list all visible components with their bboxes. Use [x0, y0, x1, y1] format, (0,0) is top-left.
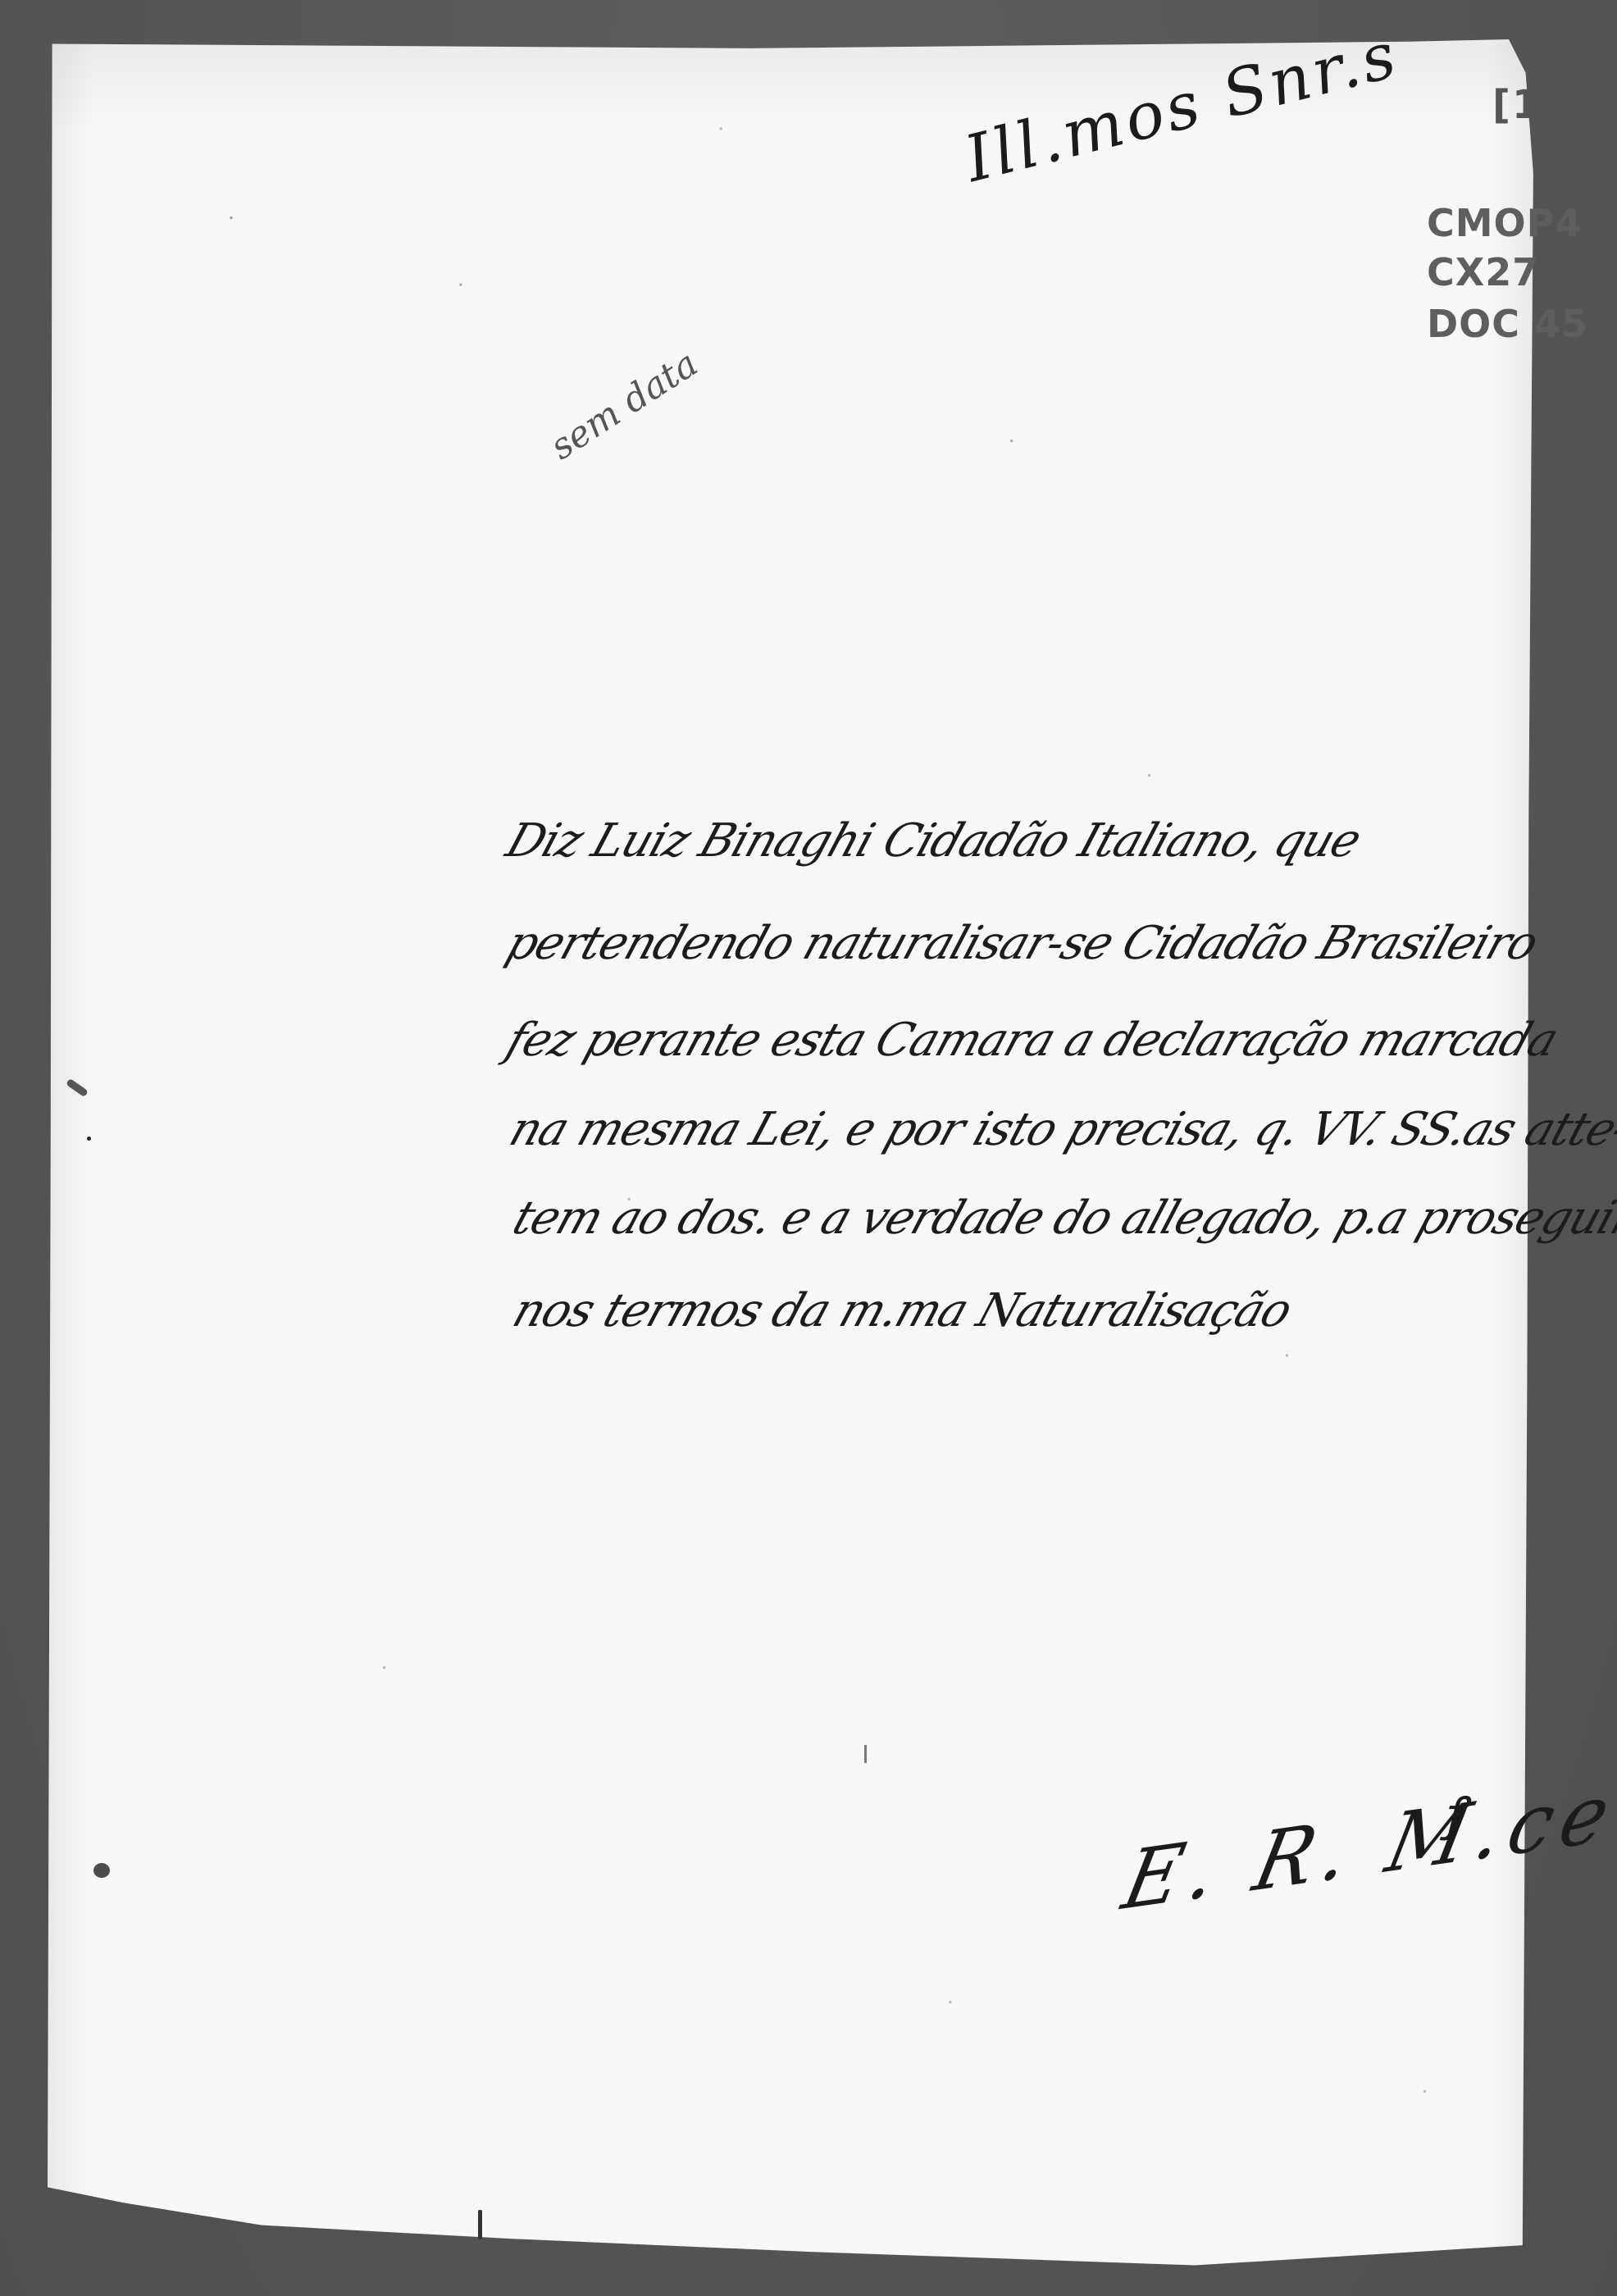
archive-reference-box: CX27 [1427, 250, 1539, 294]
archive-reference-fund: CMOP4 [1427, 201, 1582, 245]
body-line: pertendendo naturalisar-se Cidadão Brasi… [493, 895, 1557, 992]
body-line: fez perante esta Camara a declaração mar… [493, 992, 1557, 1089]
folio-number: [1] [1492, 82, 1560, 128]
paper-tear-mark [478, 2210, 482, 2239]
body-line: nos termos da m.ma Naturalisação [500, 1266, 1556, 1356]
petition-body: Diz Luiz Binaghi Cidadão Italiano, que p… [508, 787, 1542, 1356]
ink-speck [87, 1137, 91, 1141]
body-line: Diz Luiz Binaghi Cidadão Italiano, que [491, 787, 1560, 895]
fold-mark [864, 1745, 867, 1763]
body-line: na mesma Lei, e por isto precisa, q. VV.… [499, 1089, 1555, 1171]
archive-reference-document: DOC 45 [1427, 302, 1588, 346]
body-line: tem ao dos. e a verdade do allegado, p.a… [499, 1171, 1557, 1266]
ink-blot [93, 1863, 110, 1878]
